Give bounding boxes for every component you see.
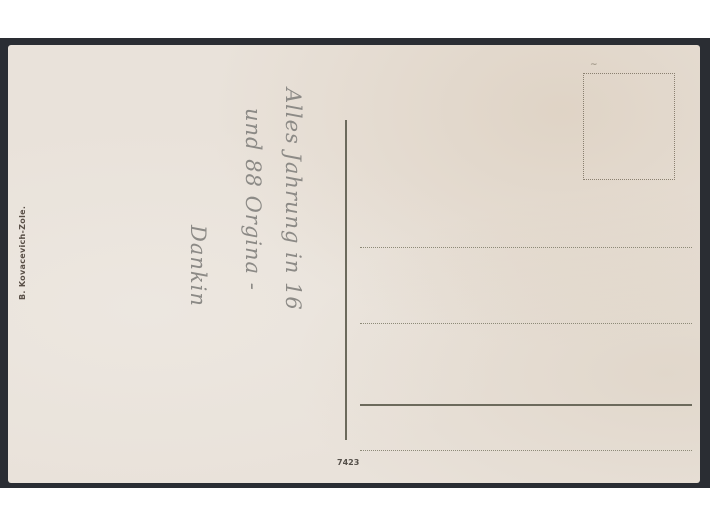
address-line-1 (360, 247, 692, 248)
serial-number: 7423 (337, 458, 359, 467)
handwritten-line-2: und 88 Orgina - (241, 108, 265, 291)
stamp-box (583, 73, 675, 180)
address-line-3 (360, 404, 692, 406)
handwritten-line-3: Dankin (186, 225, 210, 307)
stamp-box-mark: ~ (590, 60, 598, 70)
address-line-4 (360, 450, 692, 451)
publisher-imprint: B. Kovacevich-Zole. (18, 206, 27, 300)
address-line-2 (360, 323, 692, 324)
message-address-divider (345, 120, 347, 440)
handwritten-line-1: Alles Jahrung in 16 (281, 88, 305, 311)
